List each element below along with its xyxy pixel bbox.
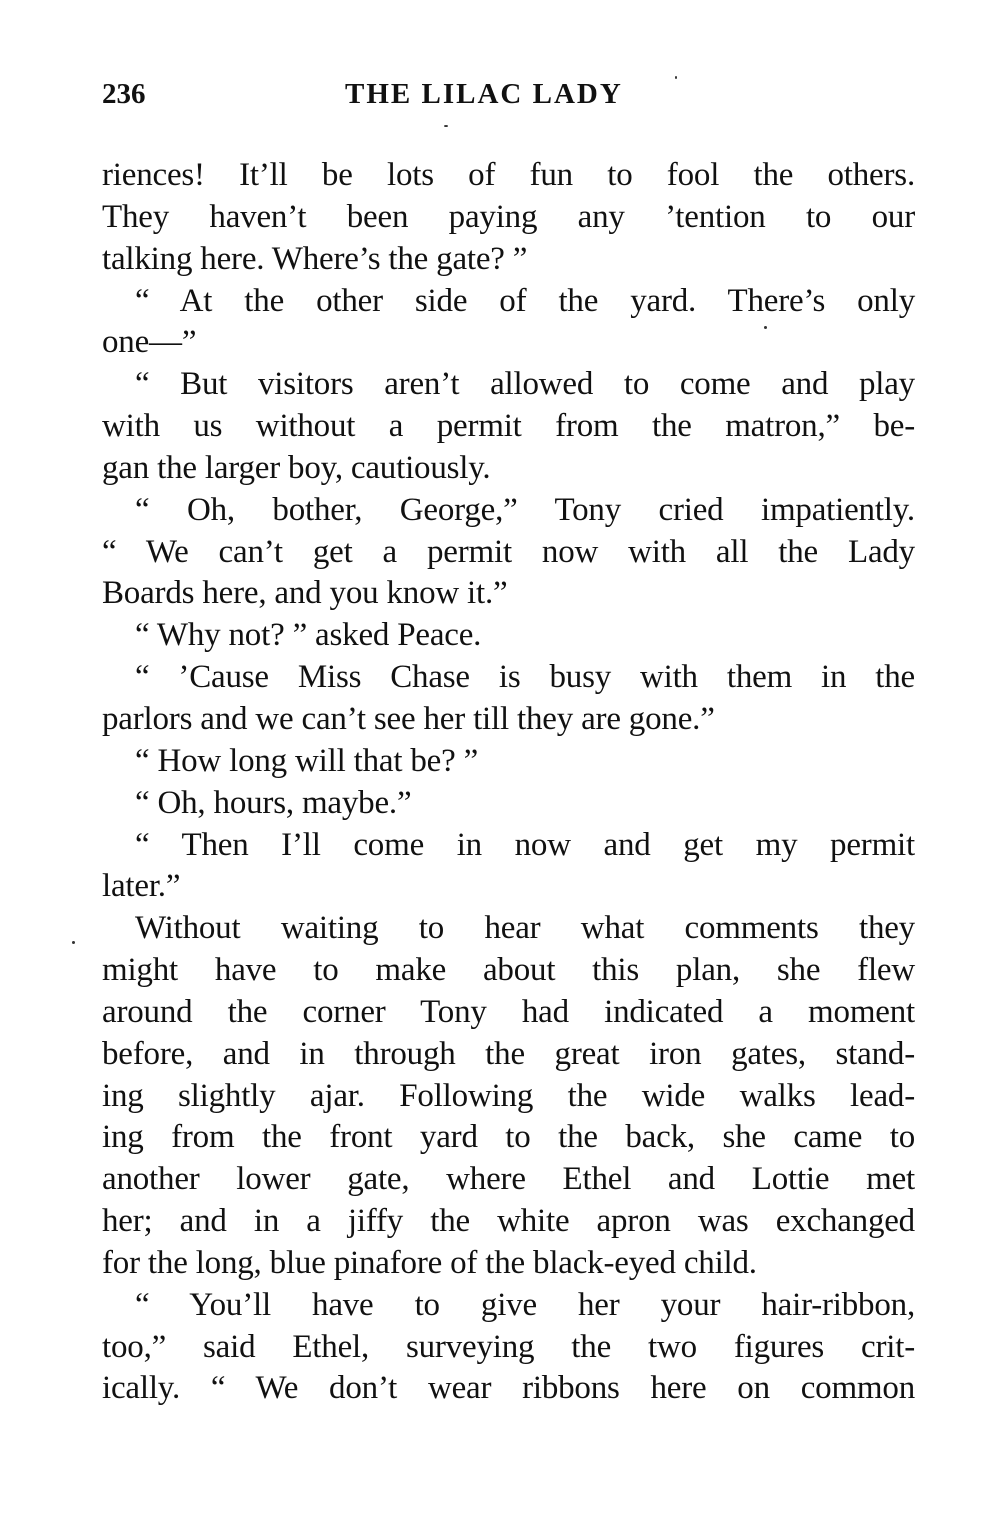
text-line: Without waiting to hear what comments th… [102,908,915,950]
book-page: 236 THE LILAC LADY riences! It’ll be lot… [0,0,1000,1516]
text-line: “ You’ll have to give her your hair-ribb… [102,1285,915,1327]
book-title: THE LILAC LADY [345,78,623,111]
text-line: “ At the other side of the yard. There’s… [102,281,915,323]
text-line: riences! It’ll be lots of fun to fool th… [102,155,915,197]
text-line: might have to make about this plan, she … [102,950,915,992]
text-line: around the corner Tony had indicated a m… [102,992,915,1034]
page-number: 236 [102,78,146,111]
running-head: 236 THE LILAC LADY [100,78,915,118]
speck [764,326,767,329]
speck [444,125,448,127]
text-line: ing slightly ajar. Following the wide wa… [102,1076,915,1118]
text-line: “ Then I’ll come in now and get my permi… [102,825,915,867]
text-line: later.” [102,866,915,908]
text-line: “ Oh, bother, George,” Tony cried impati… [102,490,915,532]
text-line: her; and in a jiffy the white apron was … [102,1201,915,1243]
text-line: “ Why not? ” asked Peace. [102,615,915,657]
text-line: “ But visitors aren’t allowed to come an… [102,364,915,406]
text-line: ing from the front yard to the back, she… [102,1117,915,1159]
text-line: gan the larger boy, cautiously. [102,448,915,490]
text-line: for the long, blue pinafore of the black… [102,1243,915,1285]
text-line: “ Oh, hours, maybe.” [102,783,915,825]
body-text: riences! It’ll be lots of fun to fool th… [102,155,915,1410]
text-line: ically. “ We don’t wear ribbons here on … [102,1368,915,1410]
text-line: “ How long will that be? ” [102,741,915,783]
text-line: talking here. Where’s the gate? ” [102,239,915,281]
text-line: They haven’t been paying any ’tention to… [102,197,915,239]
text-line: too,” said Ethel, surveying the two figu… [102,1327,915,1369]
text-line: “ We can’t get a permit now with all the… [102,532,915,574]
speck [72,941,75,944]
text-line: another lower gate, where Ethel and Lott… [102,1159,915,1201]
text-line: before, and in through the great iron ga… [102,1034,915,1076]
text-line: with us without a permit from the matron… [102,406,915,448]
text-line: “ ’Cause Miss Chase is busy with them in… [102,657,915,699]
text-line: one—” [102,322,915,364]
text-line: Boards here, and you know it.” [102,573,915,615]
speck [675,76,677,79]
text-line: parlors and we can’t see her till they a… [102,699,915,741]
